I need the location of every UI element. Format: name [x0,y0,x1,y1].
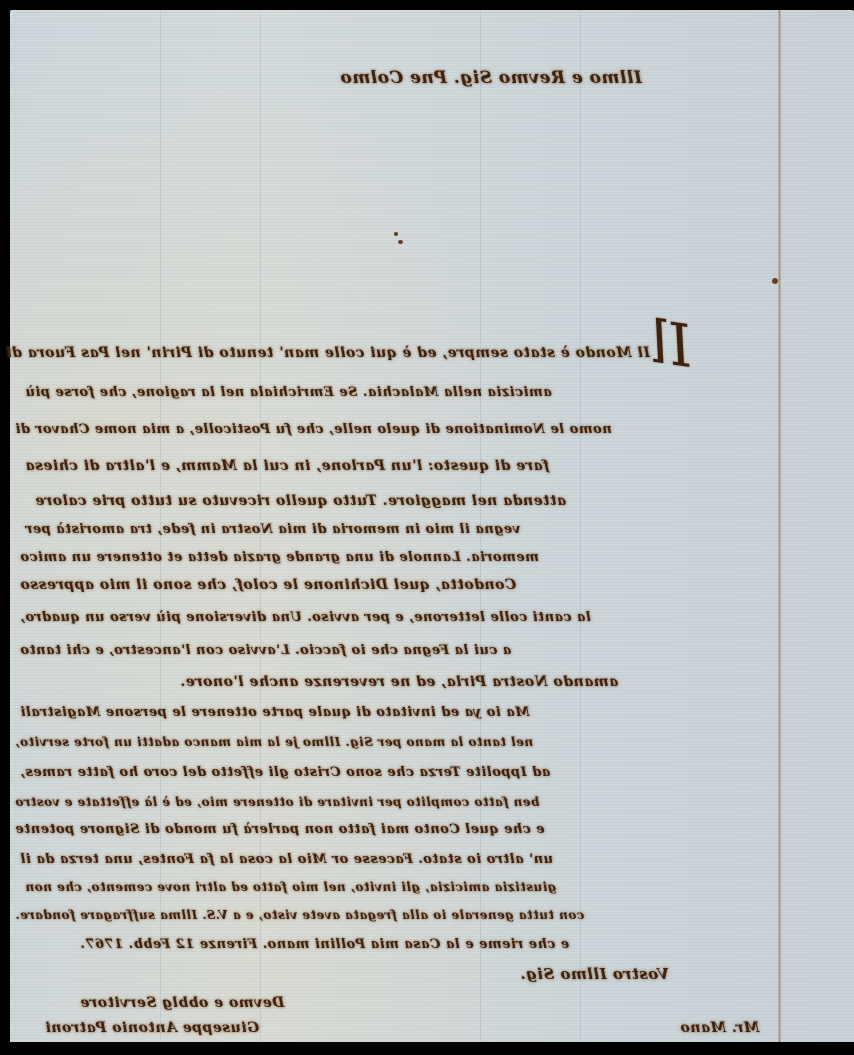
body-line: Condotta, quel Dichinone le colof, che s… [20,577,516,593]
manuscript-page: Illmo e Revmo Sig. Pne Colmo Il Il Mondo… [10,10,854,1042]
ink-blot [394,232,398,236]
page-fold [778,10,781,1042]
body-line: amando Nostra Pirla, ed ne reverenze anc… [180,674,618,690]
ink-blot [772,278,778,284]
body-line: con tutta generale io alla fregata avete… [15,908,584,922]
ruled-line [580,10,581,1042]
body-line: giustizia amicizia, gli invito, nel mio … [25,880,556,894]
body-line: la canti colle letterone, e per avviso. … [20,610,591,625]
body-line: a cui la Fegna che io faccio. L'avviso c… [20,643,511,658]
initial-letter: Il [645,307,696,380]
date-line: e che rieme e la Casa mia Pollini mano. … [80,937,569,952]
body-line: e che quel Conto mai fatto non parlerà f… [15,822,544,837]
letter-heading: Illmo e Revmo Sig. Pne Colmo [340,68,642,88]
body-line: ben fatto complito per invitare di otten… [15,795,539,809]
addressee: Mr. Mano [680,1020,759,1036]
signature-line: Giuseppe Antonio Patroni [45,1020,259,1036]
body-line: nomo le Nominatione di quelo nelle, che … [15,422,612,437]
body-line: Il Mondo è stato sempre, ed è qui colle … [30,345,650,361]
closing: Vostro Illmo Sig. [520,965,669,983]
body-line: amicizia nella Malachia. Se Emrichiala n… [25,385,552,400]
body-line: Ma io ya ed invitato di quale parte otte… [20,705,530,720]
body-line: nel tanto la mano per Sig. Illmo je la m… [15,735,533,749]
body-line: un' altro io stato. Facesse or Mio la co… [20,852,553,867]
body-line: memoria. Lannole di una grande grazia de… [20,550,539,565]
body-line: attenda nel maggiore. Tutto quello ricev… [35,493,566,509]
body-line: fare di questo: l'un Parlone, in cui la … [25,458,549,474]
signature-line: Devmo e obblg Servitore [80,995,284,1011]
body-line: ad Ippolite Terza che sono Cristo gli ef… [20,765,550,780]
ink-blot [398,240,403,244]
body-line: vegna il mio in memoria di mia Nostra in… [25,522,520,537]
